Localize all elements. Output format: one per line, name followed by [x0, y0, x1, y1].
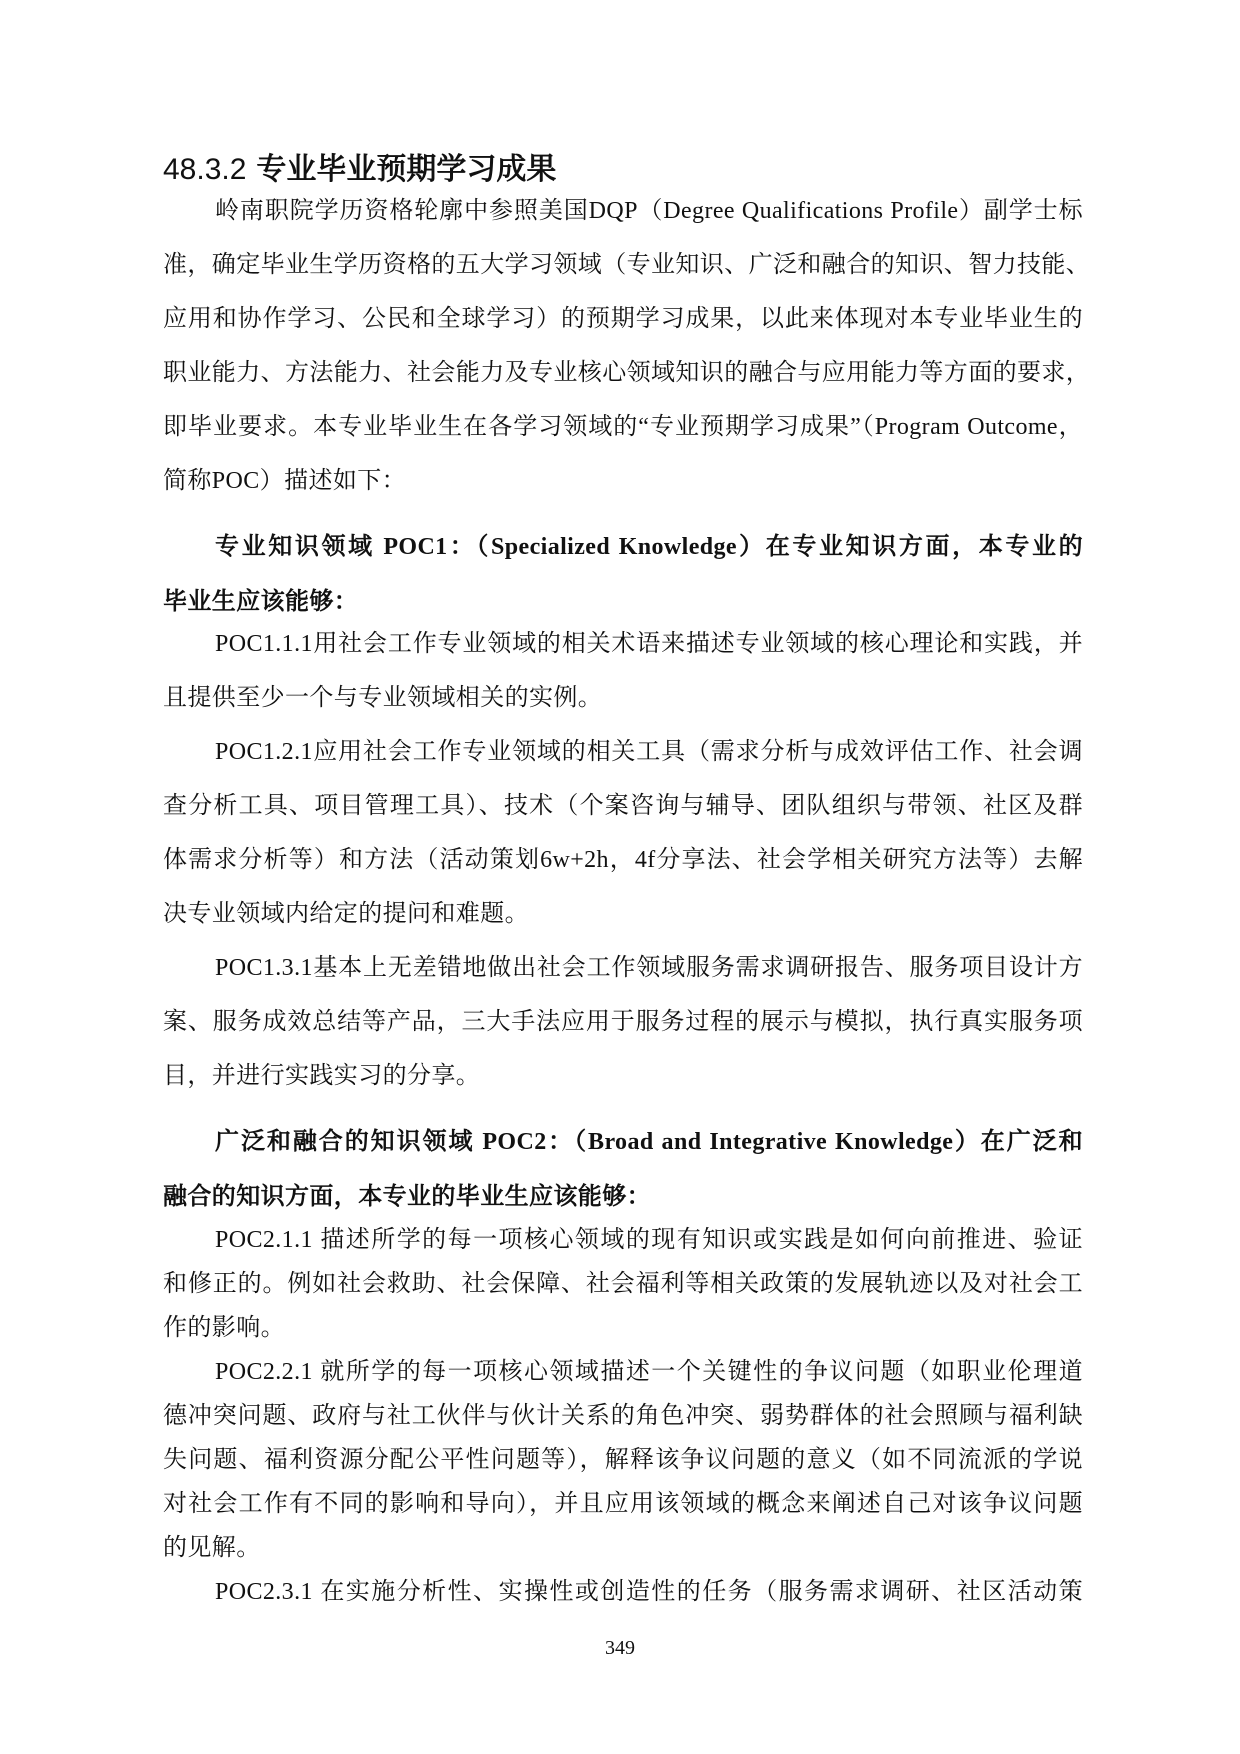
section-title: 专业毕业预期学习成果 [256, 152, 556, 187]
poc-item-1-3-1: 案、服务成效总结等产品，三大手法应用于服务过程的展示与模拟，执行真实服务项 [163, 1007, 1083, 1037]
intro-line: 职业能力、方法能力、社会能力及专业核心领域知识的融合与应用能力等方面的要求， [163, 358, 1083, 388]
poc2-heading: 融合的知识方面，本专业的毕业生应该能够： [163, 1182, 1083, 1212]
poc-item-2-2-1: 德冲突问题、政府与社工伙伴与伙计关系的角色冲突、弱势群体的社会照顾与福利缺 [163, 1401, 1083, 1431]
poc-item-1-3-1: POC1.3.1基本上无差错地做出社会工作领域服务需求调研报告、服务项目设计方 [215, 953, 1083, 983]
section-number: 48.3.2 [163, 153, 246, 186]
poc-item-1-1-1: POC1.1.1用社会工作专业领域的相关术语来描述专业领域的核心理论和实践，并 [215, 629, 1083, 659]
intro-line: 岭南职院学历资格轮廓中参照美国DQP（Degree Qualifications… [215, 196, 1083, 226]
document-page: 48.3.2专业毕业预期学习成果 岭南职院学历资格轮廓中参照美国DQP（Degr… [0, 0, 1240, 1754]
intro-line: 准，确定毕业生学历资格的五大学习领域（专业知识、广泛和融合的知识、智力技能、 [163, 250, 1083, 280]
poc-item-2-2-1: POC2.2.1 就所学的每一项核心领域描述一个关键性的争议问题（如职业伦理道 [215, 1357, 1083, 1387]
poc-item-2-2-1: 的见解。 [163, 1533, 1083, 1563]
poc1-heading: 毕业生应该能够： [163, 587, 1083, 617]
poc-item-2-3-1: POC2.3.1 在实施分析性、实操性或创造性的任务（服务需求调研、社区活动策 [215, 1577, 1083, 1607]
poc-item-2-1-1: 和修正的。例如社会救助、社会保障、社会福利等相关政策的发展轨迹以及对社会工 [163, 1269, 1083, 1299]
poc-item-2-1-1: POC2.1.1 描述所学的每一项核心领域的现有知识或实践是如何向前推进、验证 [215, 1225, 1083, 1255]
poc-item-2-2-1: 失问题、福利资源分配公平性问题等），解释该争议问题的意义（如不同流派的学说 [163, 1445, 1083, 1475]
intro-line: 应用和协作学习、公民和全球学习）的预期学习成果，以此来体现对本专业毕业生的 [163, 304, 1083, 334]
poc-item-2-1-1: 作的影响。 [163, 1313, 1083, 1343]
poc-item-1-2-1: 决专业领域内给定的提问和难题。 [163, 899, 1083, 929]
poc2-heading: 广泛和融合的知识领域 POC2：（Broad and Integrative K… [215, 1127, 1083, 1157]
section-heading: 48.3.2专业毕业预期学习成果 [163, 152, 556, 188]
poc-item-1-3-1: 目，并进行实践实习的分享。 [163, 1061, 1083, 1091]
intro-line: 即毕业要求。本专业毕业生在各学习领域的“专业预期学习成果”（Program Ou… [163, 412, 1083, 442]
page-number: 349 [0, 1636, 1240, 1660]
poc-item-1-2-1: POC1.2.1应用社会工作专业领域的相关工具（需求分析与成效评估工作、社会调 [215, 737, 1083, 767]
poc-item-2-2-1: 对社会工作有不同的影响和导向），并且应用该领域的概念来阐述自己对该争议问题 [163, 1489, 1083, 1519]
poc-item-1-2-1: 查分析工具、项目管理工具）、技术（个案咨询与辅导、团队组织与带领、社区及群 [163, 791, 1083, 821]
poc-item-1-1-1: 且提供至少一个与专业领域相关的实例。 [163, 683, 1083, 713]
poc1-heading: 专业知识领域 POC1：（Specialized Knowledge）在专业知识… [215, 532, 1083, 562]
poc-item-1-2-1: 体需求分析等）和方法（活动策划6w+2h，4f分享法、社会学相关研究方法等）去解 [163, 845, 1083, 875]
intro-line: 简称POC）描述如下： [163, 466, 1083, 496]
